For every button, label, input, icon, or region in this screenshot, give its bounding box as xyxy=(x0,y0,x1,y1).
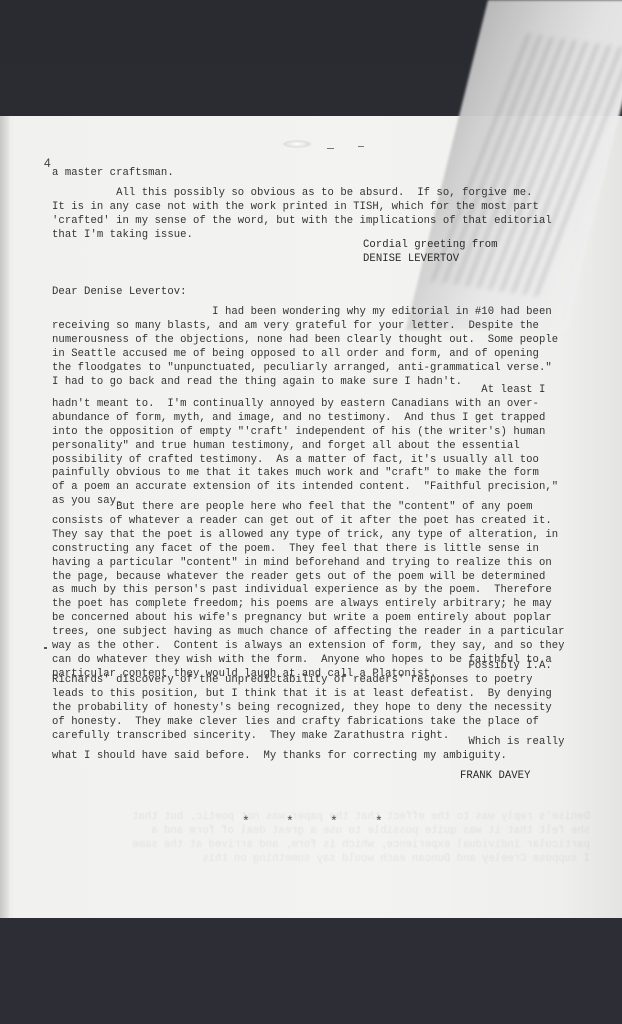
text-line: as much by this person's past individual… xyxy=(52,584,552,598)
paper-scuff xyxy=(282,140,312,148)
text-line: of a poem an accurate extension of its i… xyxy=(52,481,558,495)
signature-line: Cordial greeting from xyxy=(363,239,498,253)
signature-line: FRANK DAVEY xyxy=(460,770,530,784)
text-line: consists of whatever a reader can get ou… xyxy=(52,515,552,529)
text-line: painfully obvious to me that it takes mu… xyxy=(52,467,539,481)
text-line: a master craftsman. xyxy=(52,167,174,181)
text-line: personality" and true human testimony, a… xyxy=(52,440,520,454)
text-line: possibility of crafted testimony. As a m… xyxy=(52,454,539,468)
margin-mark xyxy=(44,647,47,649)
salutation: Dear Denise Levertov: xyxy=(52,286,187,300)
text-line: hadn't meant to. I'm continually annoyed… xyxy=(52,398,539,412)
text-line: numerousness of the objections, none had… xyxy=(52,334,558,348)
text-line: I had been wondering why my editorial in… xyxy=(52,306,552,320)
paper-mark xyxy=(358,146,364,147)
text-line: abundance of form, myth, and image, and … xyxy=(52,412,545,426)
text-line: Which is really xyxy=(52,736,565,750)
text-line: the floodgates to "unpunctuated, peculia… xyxy=(52,362,552,376)
text-line: in Seattle accused me of being opposed t… xyxy=(52,348,539,362)
text-line: the page, because whatever the reader ge… xyxy=(52,571,545,585)
paper-mark xyxy=(327,148,334,149)
text-line: what I should have said before. My thank… xyxy=(52,750,507,764)
text-line: way as the other. Content is always an e… xyxy=(52,640,565,654)
page-number: 4 xyxy=(44,156,51,170)
signature-line: DENISE LEVERTOV xyxy=(363,253,459,267)
text-line: be concerned about his wife's pregnancy … xyxy=(52,612,552,626)
text-line: They say that the poet is allowed any ty… xyxy=(52,529,558,543)
bleed-through-text: Denise's reply was to the effect that th… xyxy=(30,810,590,920)
text-line: having a particular "content" in mind be… xyxy=(52,557,552,571)
text-line: that I'm taking issue. xyxy=(52,229,193,243)
text-line: the probability of honesty's being recog… xyxy=(52,702,552,716)
text-line: of honesty. They make clever lies and cr… xyxy=(52,716,539,730)
text-line: the poet has complete freedom; his poems… xyxy=(52,598,552,612)
text-line: Richards' discovery of the unpredictabil… xyxy=(52,674,533,688)
text-line: into the opposition of empty "'craft' in… xyxy=(52,426,545,440)
text-line: But there are people here who feel that … xyxy=(52,501,533,515)
text-line: It is in any case not with the work prin… xyxy=(52,201,539,215)
text-line: leads to this position, but I think that… xyxy=(52,688,552,702)
text-line: At least I xyxy=(52,384,545,398)
text-line: receiving so many blasts, and am very gr… xyxy=(52,320,539,334)
scanner-background-bottom xyxy=(0,918,622,1024)
text-line: Possibly I.A. xyxy=(52,660,552,674)
text-line: All this possibly so obvious as to be ab… xyxy=(52,187,533,201)
text-line: 'crafted' in my sense of the word, but w… xyxy=(52,215,552,229)
text-line: constructing any facet of the poem. They… xyxy=(52,543,539,557)
text-line: trees, one subject having as much chance… xyxy=(52,626,565,640)
